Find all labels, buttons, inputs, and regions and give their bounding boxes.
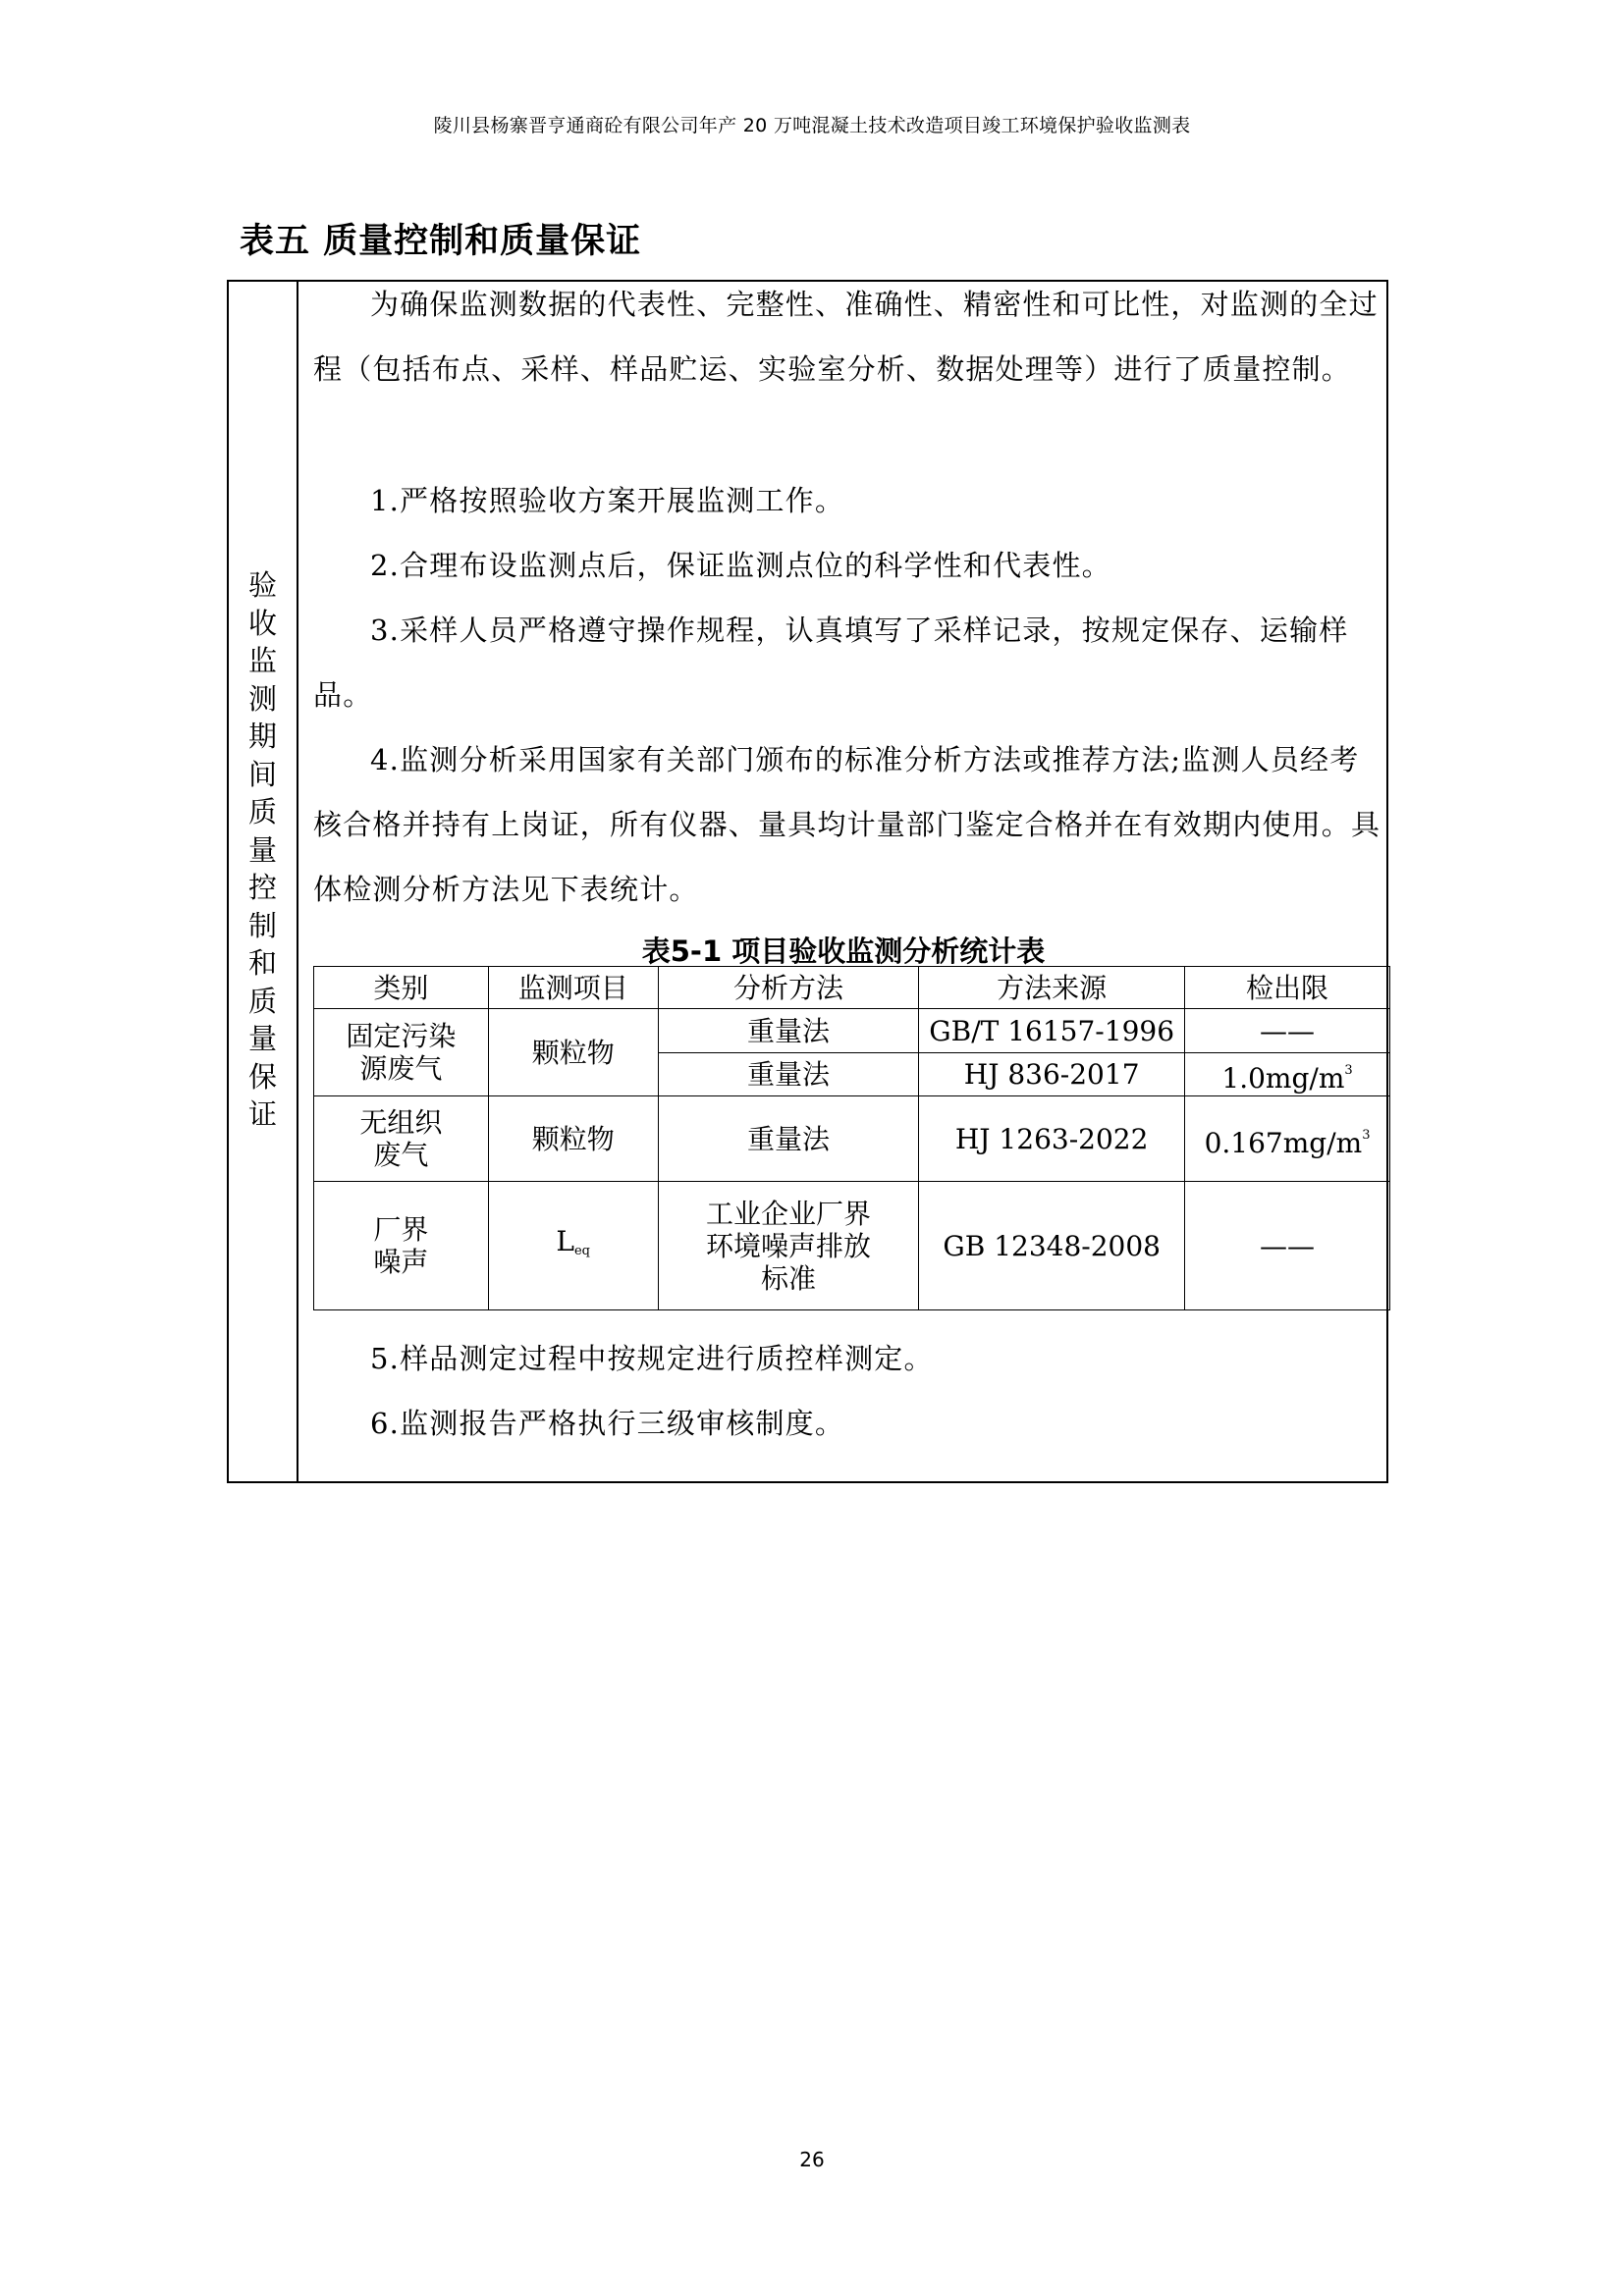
column-header: 分析方法 [658, 967, 919, 1009]
quality-control-table: 验 收 监 测 期 间 质 量 控 制 和 质 量 保 证 为确保监测数据的代表… [227, 280, 1388, 1483]
method-line: 环境噪声排放 [659, 1230, 919, 1262]
source-cell: HJ 1263-2022 [919, 1096, 1185, 1182]
method-line: 工业企业厂界 [659, 1198, 919, 1230]
side-label-char: 和 [229, 944, 297, 983]
item-symbol: L [556, 1225, 574, 1257]
table-row: 厂界 噪声 Leq 工业企业厂界 环境噪声排放 标准 GB 12348-2008… [314, 1182, 1390, 1310]
side-label: 验 收 监 测 期 间 质 量 控 制 和 质 量 保 证 [229, 566, 297, 1134]
method-cell: 重量法 [658, 1053, 919, 1096]
page-number: 26 [0, 2148, 1624, 2171]
limit-unit-exponent: 3 [1344, 1063, 1352, 1078]
column-header: 检出限 [1185, 967, 1390, 1009]
limit-value: 1.0mg/m [1221, 1062, 1344, 1095]
limit-cell: —— [1185, 1182, 1390, 1310]
side-label-char: 证 [229, 1095, 297, 1134]
category-cell: 固定污染 源废气 [314, 1009, 489, 1096]
table-row: 无组织 废气 颗粒物 重量法 HJ 1263-2022 0.167mg/m3 [314, 1096, 1390, 1182]
column-header: 监测项目 [488, 967, 658, 1009]
category-cell: 无组织 废气 [314, 1096, 489, 1182]
side-label-char: 制 [229, 907, 297, 945]
side-label-char: 收 [229, 605, 297, 643]
category-line: 无组织 [314, 1106, 488, 1139]
category-line: 噪声 [314, 1246, 488, 1278]
category-cell: 厂界 噪声 [314, 1182, 489, 1310]
item-2: 2.合理布设监测点后，保证监测点位的科学性和代表性。 [313, 533, 1383, 598]
item-cell: Leq [488, 1182, 658, 1310]
item-cell: 颗粒物 [488, 1096, 658, 1182]
limit-value: 0.167mg/m [1205, 1127, 1363, 1159]
side-label-char: 保 [229, 1058, 297, 1096]
section-title: 表五 质量控制和质量保证 [240, 214, 641, 263]
item-5: 5.样品测定过程中按规定进行质控样测定。 [313, 1326, 1383, 1391]
side-label-char: 测 [229, 680, 297, 719]
item-cell: 颗粒物 [488, 1009, 658, 1096]
column-header: 方法来源 [919, 967, 1185, 1009]
side-label-char: 量 [229, 1020, 297, 1058]
source-cell: HJ 836-2017 [919, 1053, 1185, 1096]
side-label-char: 监 [229, 642, 297, 680]
category-line: 源废气 [314, 1052, 488, 1085]
limit-unit-exponent: 3 [1362, 1128, 1370, 1143]
side-label-char: 量 [229, 831, 297, 870]
limit-cell: —— [1185, 1009, 1390, 1053]
category-line: 废气 [314, 1139, 488, 1171]
limit-cell: 1.0mg/m3 [1185, 1053, 1390, 1096]
table-header-row: 类别 监测项目 分析方法 方法来源 检出限 [314, 967, 1390, 1009]
category-line: 厂界 [314, 1213, 488, 1246]
side-label-char: 质 [229, 793, 297, 831]
side-label-char: 间 [229, 756, 297, 794]
analysis-table: 类别 监测项目 分析方法 方法来源 检出限 固定污染 源废气 颗粒物 重量法 G… [313, 966, 1390, 1310]
method-line: 标准 [659, 1262, 919, 1295]
item-3: 3.采样人员严格遵守操作规程，认真填写了采样记录，按规定保存、运输样品。 [313, 598, 1383, 727]
table-caption: 表5-1 项目验收监测分析统计表 [298, 930, 1388, 970]
method-cell: 工业企业厂界 环境噪声排放 标准 [658, 1182, 919, 1310]
limit-cell: 0.167mg/m3 [1185, 1096, 1390, 1182]
item-6: 6.监测报告严格执行三级审核制度。 [313, 1391, 1383, 1456]
content-cell: 为确保监测数据的代表性、完整性、准确性、精密性和可比性，对监测的全过程（包括布点… [298, 282, 1386, 1481]
side-label-column: 验 收 监 测 期 间 质 量 控 制 和 质 量 保 证 [229, 282, 298, 1481]
intro-paragraph: 为确保监测数据的代表性、完整性、准确性、精密性和可比性，对监测的全过程（包括布点… [313, 272, 1383, 401]
side-label-char: 质 [229, 983, 297, 1021]
item-1: 1.严格按照验收方案开展监测工作。 [313, 468, 1383, 533]
item-subscript: eq [574, 1244, 590, 1258]
method-cell: 重量法 [658, 1096, 919, 1182]
category-line: 固定污染 [314, 1020, 488, 1052]
side-label-char: 期 [229, 718, 297, 756]
item-4: 4.监测分析采用国家有关部门颁布的标准分析方法或推荐方法;监测人员经考核合格并持… [313, 727, 1383, 922]
side-label-char: 验 [229, 566, 297, 605]
source-cell: GB 12348-2008 [919, 1182, 1185, 1310]
side-label-char: 控 [229, 869, 297, 907]
running-header: 陵川县杨寨晋亨通商砼有限公司年产 20 万吨混凝土技术改造项目竣工环境保护验收监… [0, 111, 1624, 137]
column-header: 类别 [314, 967, 489, 1009]
table-row: 固定污染 源废气 颗粒物 重量法 GB/T 16157-1996 —— [314, 1009, 1390, 1053]
source-cell: GB/T 16157-1996 [919, 1009, 1185, 1053]
method-cell: 重量法 [658, 1009, 919, 1053]
